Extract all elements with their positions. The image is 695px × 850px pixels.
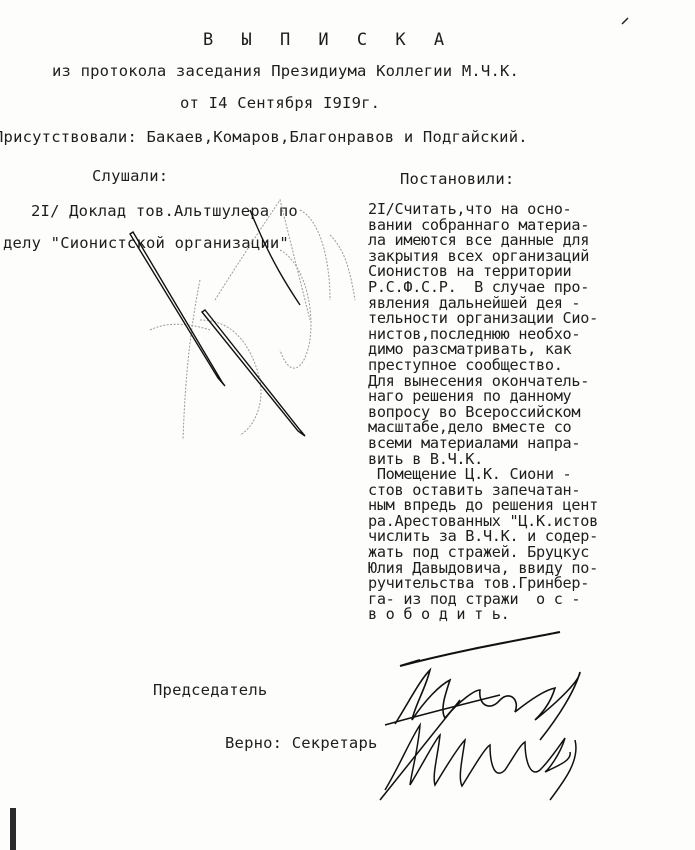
chairman-signature-icon — [385, 670, 580, 740]
page-edge-mark — [10, 808, 16, 850]
resolved-heading: Постановили: — [400, 170, 514, 188]
document-subtitle: из протокола заседания Президиума Коллег… — [52, 62, 519, 80]
secretary-label: Верно: Секретарь — [225, 734, 378, 752]
tick-mark-icon — [622, 18, 628, 24]
resolution-line: в о б о д и т ь. — [368, 607, 598, 623]
attendees-line: Присутствовали: Бакаев,Комаров,Благонрав… — [0, 128, 528, 146]
strike-through-icon — [400, 632, 560, 666]
resolution-text: 2I/Считать,что на осно-вании собраннаго … — [368, 202, 598, 623]
heard-item-line: 2I/ Доклад тов.Альтшулера по — [31, 202, 298, 220]
heard-item-line: делу "Сионистской организации" — [3, 234, 289, 252]
heard-heading: Слушали: — [92, 167, 168, 185]
document-date: от I4 Сентября I9I9г. — [180, 94, 380, 112]
chairman-label: Председатель — [153, 681, 267, 699]
document-title: В Ы П И С К А — [203, 30, 453, 50]
secretary-signature-icon — [380, 700, 576, 800]
